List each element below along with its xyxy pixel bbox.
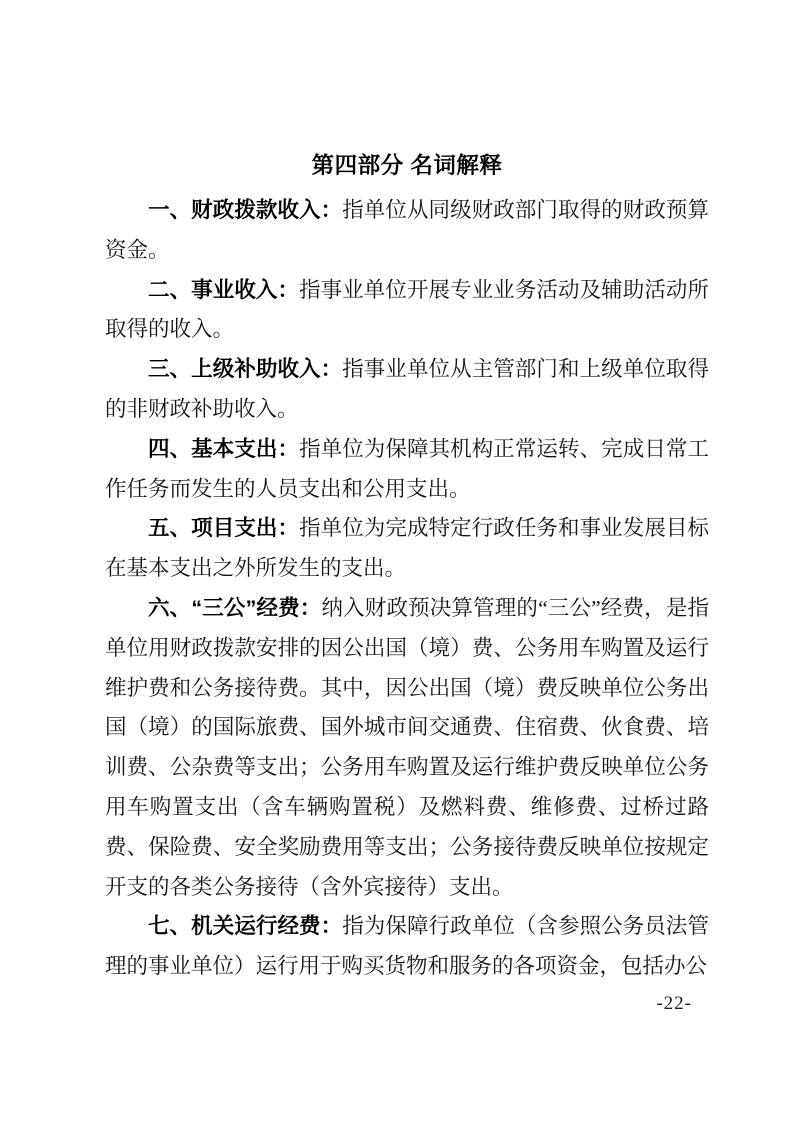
definition-paragraph: 一、财政拨款收入：指单位从同级财政部门取得的财政预算资金。	[105, 191, 709, 271]
section-title: 第四部分 名词解释	[105, 146, 709, 186]
term-label: 七、机关运行经费：	[148, 914, 342, 938]
document-body: 一、财政拨款收入：指单位从同级财政部门取得的财政预算资金。 二、事业收入：指事业…	[105, 191, 709, 987]
definition-paragraph: 三、上级补助收入：指事业单位从主管部门和上级单位取得的非财政补助收入。	[105, 350, 709, 430]
definition-paragraph: 七、机关运行经费：指为保障行政单位（含参照公务员法管理的事业单位）运行用于购买货…	[105, 907, 709, 987]
definition-paragraph: 二、事业收入：指事业单位开展专业业务活动及辅助活动所取得的收入。	[105, 271, 709, 351]
term-label: 六、“三公”经费：	[148, 596, 321, 620]
term-label: 二、事业收入：	[148, 278, 299, 302]
term-label: 五、项目支出：	[148, 516, 299, 540]
page-number: -22-	[656, 994, 692, 1014]
document-page: 第四部分 名词解释 一、财政拨款收入：指单位从同级财政部门取得的财政预算资金。 …	[0, 0, 793, 1122]
term-label: 三、上级补助收入：	[148, 357, 342, 381]
definition-paragraph: 五、项目支出：指单位为完成特定行政任务和事业发展目标在基本支出之外所发生的支出。	[105, 509, 709, 589]
definition-paragraph: 六、“三公”经费：纳入财政预决算管理的“三公”经费，是指单位用财政拨款安排的因公…	[105, 589, 709, 907]
term-definition: 纳入财政预决算管理的“三公”经费，是指单位用财政拨款安排的因公出国（境）费、公务…	[105, 596, 709, 899]
term-label: 四、基本支出：	[148, 437, 299, 461]
definition-paragraph: 四、基本支出：指单位为保障其机构正常运转、完成日常工作任务而发生的人员支出和公用…	[105, 430, 709, 510]
term-label: 一、财政拨款收入：	[148, 198, 342, 222]
